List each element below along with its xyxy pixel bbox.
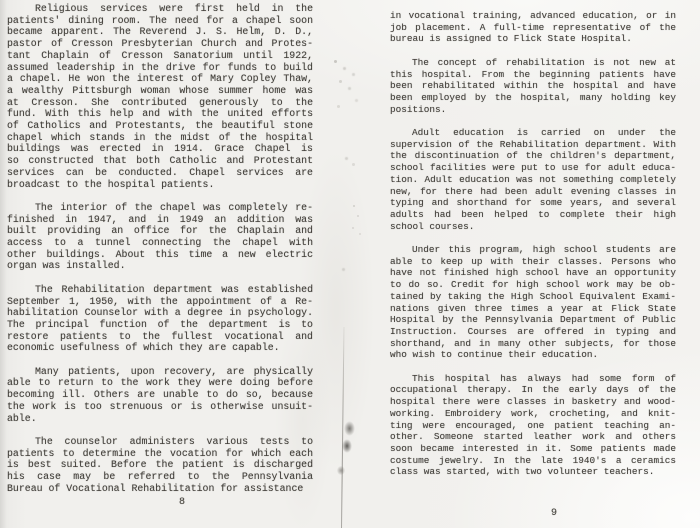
text-line: built providing an office for the Chapla… [7,225,313,237]
text-line: organ was installed. [7,260,313,272]
text-line: fund. With this help and with the united… [7,108,313,120]
text-line: Hospital by the Pennsylvania Department … [390,314,676,326]
text-line: to do so. Credit for high school work ma… [390,279,676,291]
text-line: job placement. A full-time representativ… [390,22,676,34]
text-line: a wealthy Pittsburgh woman whose summer … [7,85,313,97]
text-line: habilitation Counselor with a degree in … [7,307,313,319]
text-line: been rehabilitated within the hospital a… [390,80,676,92]
text-line: Bureau of Vocational Rehabilitation for … [7,483,313,495]
dust-speckles [334,60,337,63]
ink-smudge [342,439,352,453]
text-line: The counselor administers various tests … [7,436,313,448]
text-line: able to keep up with their classes. Pers… [390,256,676,268]
text-line: nations given three times a year at Flic… [390,303,676,315]
text-line: school facilities were put to use for ad… [390,162,676,174]
text-line: finished in 1947, and in 1949 an additio… [7,214,313,226]
text-line: September 1, 1950, with the appointment … [7,296,313,308]
text-line: became apparent. The Reverend J. S. Helm… [7,26,313,38]
text-line: this hospital. From the beginning patien… [390,69,676,81]
text-line: This hospital has always had some form o… [390,373,676,385]
scanned-book-spread: { "document": { "kind": "typewritten boo… [0,0,700,528]
paragraph: Adult education is carried on under thes… [390,127,676,232]
text-line: assumed leadership in the drive for fund… [7,62,313,74]
text-line: the discontinuation of the children's de… [390,150,676,162]
text-line: other. Someone started leather work and … [390,431,676,443]
text-line: access to a tunnel connecting the chapel… [7,237,313,249]
dust-speckles [353,205,355,207]
text-line: been employed by the hospital, many hold… [390,92,676,104]
text-line: school courses. [390,221,676,233]
text-line: so constructed that both Catholic and Pr… [7,155,313,167]
paragraph: Under this program, high school students… [390,244,676,361]
text-line: services can be conducted. Chapel servic… [7,167,313,179]
text-line: his case may be referred to the Pennsylv… [7,471,313,483]
text-line: costume jewelry. In the late 1940's a ce… [390,455,676,467]
text-line: who wish to continue their education. [390,349,676,361]
paragraph: The interior of the chapel was completel… [7,202,313,272]
text-line: pastor of Cresson Presbyterian Church an… [7,38,313,50]
text-line: patients to determine the vocation for w… [7,448,313,460]
text-line: class was started, with two volunteer te… [390,466,676,478]
text-line: buildings was erected in 1914. Grace Cha… [7,143,313,155]
page-number-right: 9 [551,508,557,519]
text-line: occupational therapy. In the early days … [390,384,676,396]
text-line: have not finished high school have an op… [390,267,676,279]
text-line: Instruction. Courses are offered in typi… [390,326,676,338]
text-line: of Catholics and Protestants, the beauti… [7,120,313,132]
text-line: positions. [390,104,676,116]
text-line: able to return to the work they were doi… [7,377,313,389]
text-line: tained by taking the High School Equival… [390,291,676,303]
text-line: at Cresson. She contributed generously t… [7,97,313,109]
paragraph: Religious services were first held in th… [7,3,313,190]
text-line: ting were encouraged, one patient teachi… [390,420,676,432]
text-line: tion. Adult education was not something … [390,174,676,186]
paragraph: in vocational training, advanced educati… [390,10,676,45]
text-line: a chapel. He won the interest of Mary Co… [7,73,313,85]
text-line: broadcast to the hospital patients. [7,179,313,191]
text-line: Adult education is carried on under the [390,127,676,139]
text-line: Under this program, high school students… [390,244,676,256]
paragraph: Many patients, upon recovery, are physic… [7,366,313,425]
text-line: in vocational training, advanced educati… [390,10,676,22]
text-line: The Rehabilitation department was establ… [7,284,313,296]
paragraph: The counselor administers various tests … [7,436,313,495]
text-line: soon became interested in it. Some patie… [390,443,676,455]
text-line: becoming ill. Others are unable to do so… [7,389,313,401]
text-line: economic usefulness of which they are ca… [7,342,313,354]
text-line: Religious services were first held in th… [7,3,313,15]
text-line: new, for there had been adult evening cl… [390,186,676,198]
text-line: is best suited. Before the patient is di… [7,459,313,471]
ink-smudge [344,421,355,436]
page-left-text: Religious services were first held in th… [7,3,313,494]
text-line: working. Embroidery work, crocheting, an… [390,408,676,420]
text-line: The interior of the chapel was completel… [7,202,313,214]
text-line: tant Chaplain of Cresson Sanatorium unti… [7,50,313,62]
text-line: patients' dining room. The need for a ch… [7,15,313,27]
paragraph: The Rehabilitation department was establ… [7,284,313,354]
paragraph: The concept of rehabilitation is not new… [390,57,676,116]
text-line: bureau is assigned to Flick State Hospit… [390,33,676,45]
paragraph: This hospital has always had some form o… [390,373,676,478]
page-number-left: 8 [179,497,185,508]
text-line: chapel which stands in the midst of the … [7,132,313,144]
text-line: supervision of the Rehabilitation depart… [390,139,676,151]
text-line: The concept of rehabilitation is not new… [390,57,676,69]
text-line: typing and shorthand for some years, and… [390,197,676,209]
text-line: shorthand, and in many other subjects, f… [390,338,676,350]
ink-smudge [337,466,345,475]
text-line: restore patients to the fullest vocation… [7,331,313,343]
text-line: able. [7,413,313,425]
text-line: Many patients, upon recovery, are physic… [7,366,313,378]
text-line: adults had been helped to complete their… [390,209,676,221]
text-line: other buildings. About this time a new e… [7,249,313,261]
page-right-text: in vocational training, advanced educati… [390,10,676,478]
text-line: the work is too strenuous or is otherwis… [7,401,313,413]
text-line: The principal function of the department… [7,319,313,331]
text-line: hospital there were classes in basketry … [390,396,676,408]
